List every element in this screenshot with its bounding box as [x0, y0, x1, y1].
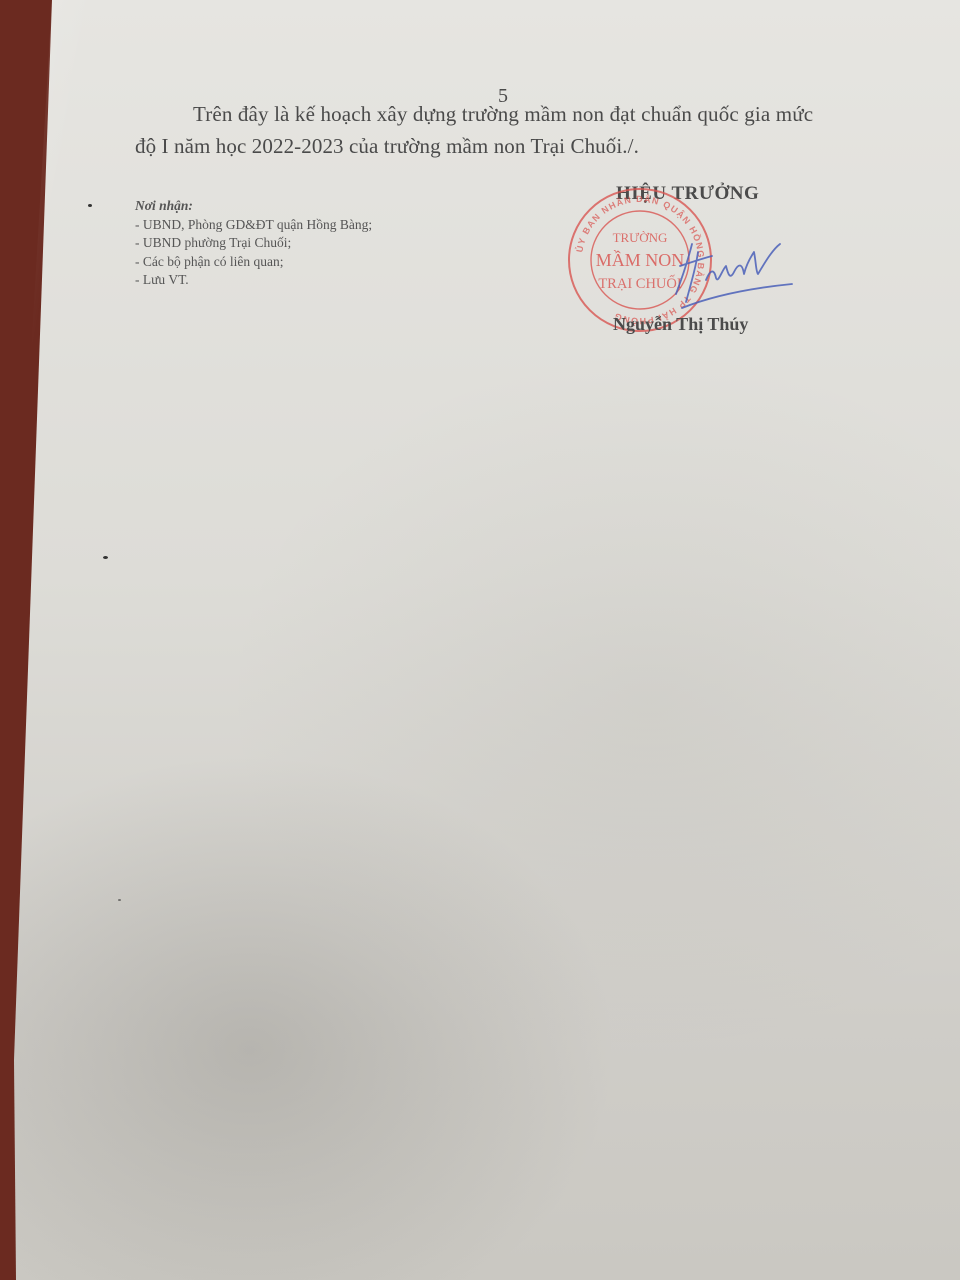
handwritten-signature — [652, 222, 802, 312]
recipient-item: - Các bộ phận có liên quan; — [135, 253, 372, 272]
recipient-item: - Lưu VT. — [135, 271, 372, 290]
paper-speck — [103, 556, 108, 559]
paper-speck — [118, 899, 121, 901]
paper-speck — [88, 204, 92, 207]
recipients-label: Nơi nhận: — [135, 197, 372, 216]
signer-name: Nguyễn Thị Thúy — [613, 314, 748, 335]
closing-paragraph-line-2: độ I năm học 2022-2023 của trường mầm no… — [135, 134, 639, 159]
recipient-item: - UBND phường Trại Chuối; — [135, 234, 372, 253]
closing-paragraph-line-1: Trên đây là kế hoạch xây dựng trường mầm… — [193, 102, 813, 127]
document-page — [0, 0, 960, 1280]
recipients-block: Nơi nhận: - UBND, Phòng GD&ĐT quận Hồng … — [135, 197, 372, 290]
recipient-item: - UBND, Phòng GD&ĐT quận Hồng Bàng; — [135, 216, 372, 235]
